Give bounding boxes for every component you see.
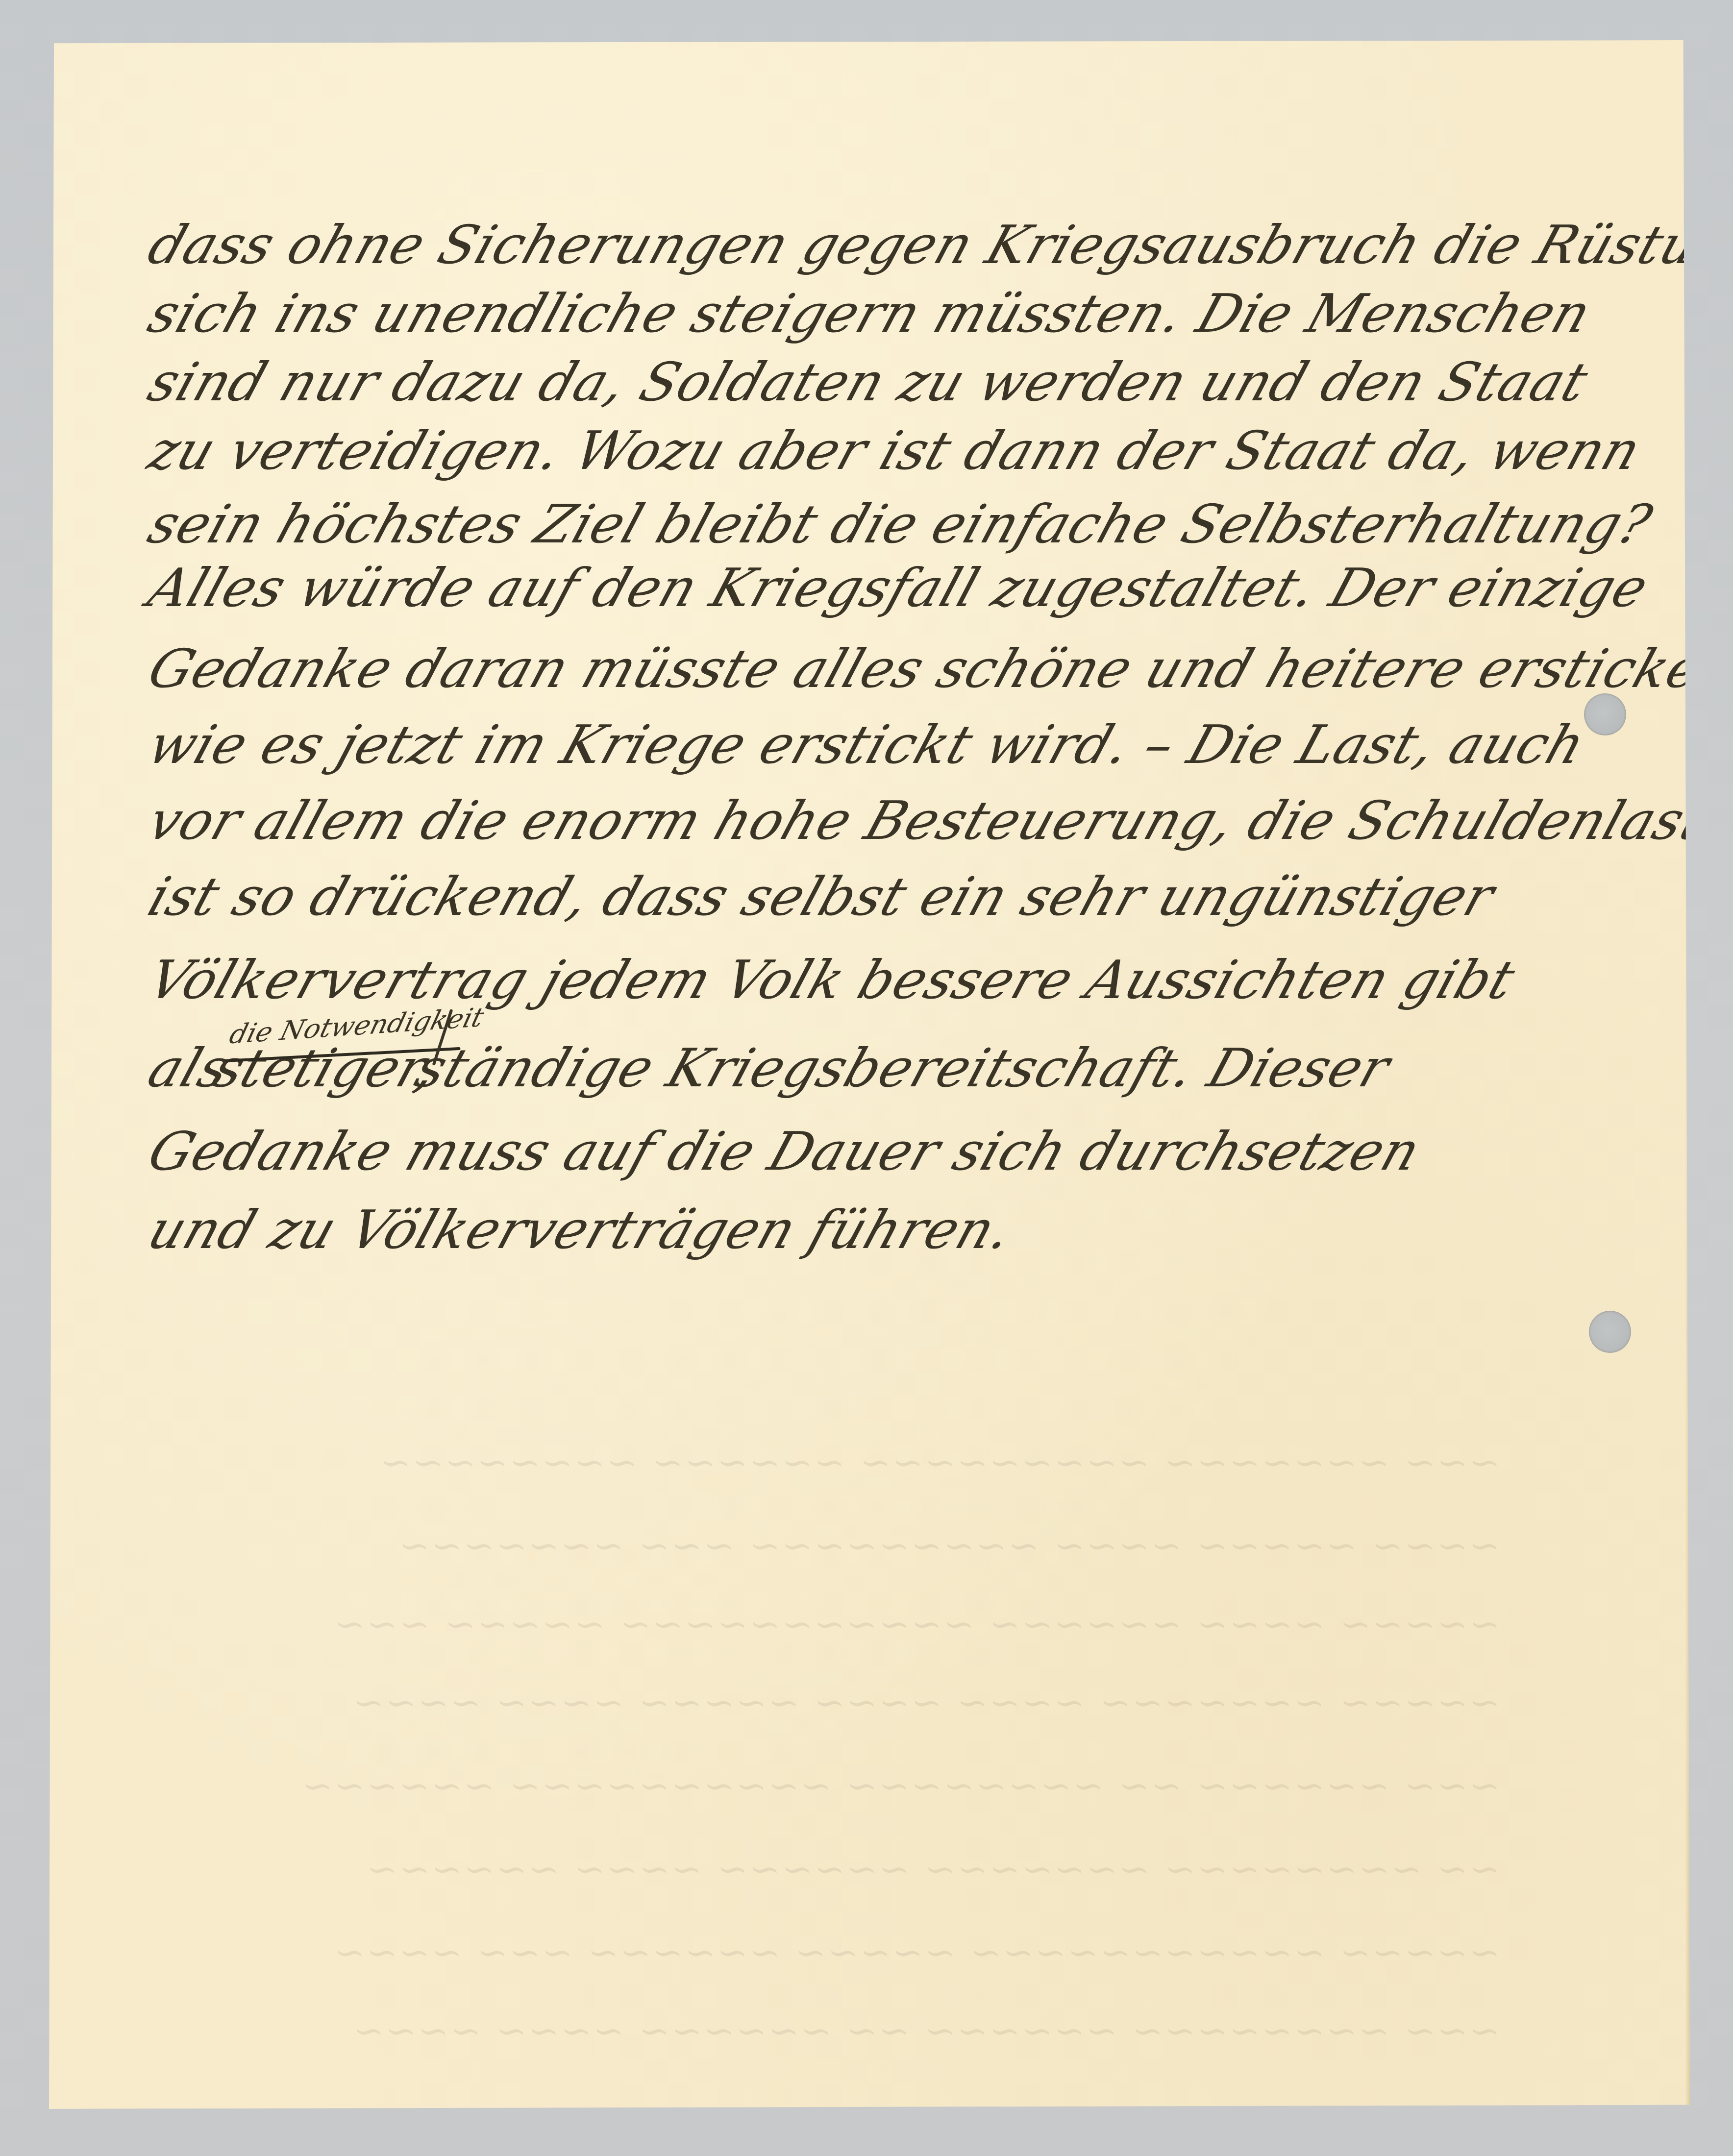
bleed-through-texture: ~~~ ~~~~~~~ ~~~~~~~~~ ~~~~~~ ~~~~~~~~ [173, 1442, 1503, 1484]
manuscript-line-12: ständige Kriegsbereitschaft. Dieser [409, 1042, 1396, 1095]
manuscript-line-1: dass ohne Sicherungen gegen Kriegsausbru… [142, 219, 1733, 272]
manuscript-line-3: sind nur dazu da, Soldaten zu werden und… [142, 356, 1594, 409]
manuscript-line-2: sich ins unendliche steigern müssten. Di… [142, 288, 1597, 341]
bleed-through-texture: ~~~ ~~~~~~ ~~ ~~~~~~~~ ~~~~~~~~~~ ~~~~~~ [173, 1765, 1503, 1807]
manuscript-line-13: Gedanke muss auf die Dauer sich durchset… [142, 1126, 1427, 1178]
manuscript-line-14: und zu Völkerverträgen führen. [142, 1204, 1019, 1257]
bleed-through-texture: ~~~ ~~~~~~~~ ~~~~~~ ~~ ~~~~~~ ~~~~ ~~~~ [173, 2010, 1503, 2052]
bleed-through-texture: ~~~~~ ~~~~~~~~~~~ ~~~~~ ~~~~~~ ~~~ ~~~~ [173, 1932, 1503, 1974]
manuscript-line-7: Gedanke daran müsste alles schöne und he… [142, 643, 1733, 696]
manuscript-line-11: Völkervertrag jedem Volk bessere Aussich… [142, 954, 1521, 1007]
binder-hole-bottom [1589, 1311, 1631, 1353]
letter-page: ~~~ ~~~~~~~ ~~~~~~~~~ ~~~~~~ ~~~~~~~~ ~~… [49, 40, 1690, 2109]
manuscript-line-5: sein höchstes Ziel bleibt die einfache S… [142, 498, 1658, 551]
bleed-through-texture: ~~~~~ ~~~~ ~~~~~~ ~~~~~~~~~~~ ~~~~~ ~~~ [173, 1603, 1503, 1645]
bleed-through-texture: ~~~~ ~~~~~ ~~~~ ~~~~~~~~~ ~~~ ~~~~~~~ [173, 1525, 1503, 1567]
manuscript-line-10: ist so drückend, dass selbst ein sehr un… [142, 871, 1501, 924]
bleed-through-texture: ~~~~~ ~~~~~~~ ~~~~ ~~~~ ~~~~~ ~~~~ ~~~~ [173, 1682, 1503, 1724]
manuscript-line-9: vor allem die enorm hohe Besteuerung, di… [142, 795, 1730, 848]
manuscript-line-4: zu verteidigen. Wozu aber ist dann der S… [142, 425, 1647, 478]
manuscript-line-6: Alles würde auf den Kriegsfall zugestalt… [142, 562, 1655, 615]
manuscript-line-8: wie es jetzt im Kriege erstickt wird. – … [142, 719, 1591, 772]
bleed-through-texture: ~~ ~~~~~~~~ ~~~~~~~ ~~~~~~ ~~~~ ~~~~~~ [173, 1848, 1503, 1890]
